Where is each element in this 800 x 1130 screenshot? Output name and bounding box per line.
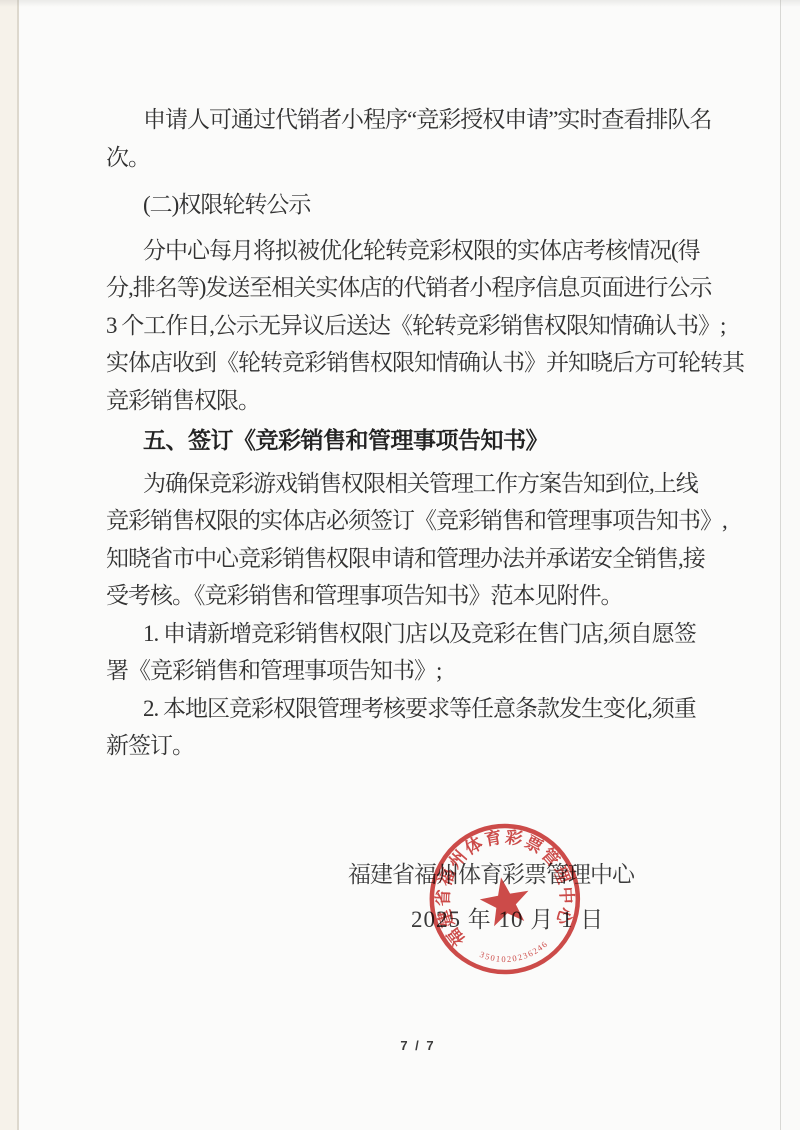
document-body: 申请人可通过代销者小程序“竞彩授权申请”实时查看排队名 次。 (二)权限轮转公示…: [106, 101, 696, 765]
seal-graphic: 福建省福州体育彩票管理中心 3501020236246: [407, 802, 604, 999]
paragraph-line: 竞彩销售权限的实体店必须签订《竞彩销售和管理事项告知书》,: [106, 502, 696, 540]
section-heading: (二)权限轮转公示: [106, 186, 696, 224]
scan-left-edge: [0, 0, 19, 1130]
official-seal: 福建省福州体育彩票管理中心 3501020236246: [407, 802, 604, 999]
paragraph-line: 申请人可通过代销者小程序“竞彩授权申请”实时查看排队名: [106, 101, 696, 139]
paragraph-line: 为确保竞彩游戏销售权限相关管理工作方案告知到位,上线: [106, 465, 696, 503]
scan-right-edge: [780, 0, 800, 1130]
list-item-line: 署《竞彩销售和管理事项告知书》;: [106, 652, 696, 690]
list-item-line: 2. 本地区竞彩权限管理考核要求等任意条款发生变化,须重: [106, 690, 696, 728]
paragraph-line: 实体店收到《轮转竞彩销售权限知情确认书》并知晓后方可轮转其: [106, 344, 696, 382]
paragraph-line: 竞彩销售权限。: [106, 382, 696, 420]
list-item-line: 新签订。: [106, 727, 696, 765]
paragraph-line: 分,排名等)发送至相关实体店的代销者小程序信息页面进行公示: [106, 269, 696, 307]
page-number: 7 / 7: [18, 1038, 800, 1053]
seal-star-icon: [477, 873, 534, 928]
paragraph-line: 3 个工作日,公示无异议后送达《轮转竞彩销售权限知情确认书》;: [106, 307, 696, 345]
scan-top-shadow: [0, 0, 800, 7]
paragraph-line: 次。: [106, 139, 696, 177]
paragraph-line: 知晓省市中心竞彩销售权限申请和管理办法并承诺安全销售,接: [106, 540, 696, 578]
paragraph-line: 受考核。《竞彩销售和管理事项告知书》范本见附件。: [106, 577, 696, 615]
section-heading-bold: 五、签订《竞彩销售和管理事项告知书》: [106, 423, 696, 461]
list-item-line: 1. 申请新增竞彩销售权限门店以及竞彩在售门店,须自愿签: [106, 615, 696, 653]
paragraph-line: 分中心每月将拟被优化轮转竞彩权限的实体店考核情况(得: [106, 232, 696, 270]
